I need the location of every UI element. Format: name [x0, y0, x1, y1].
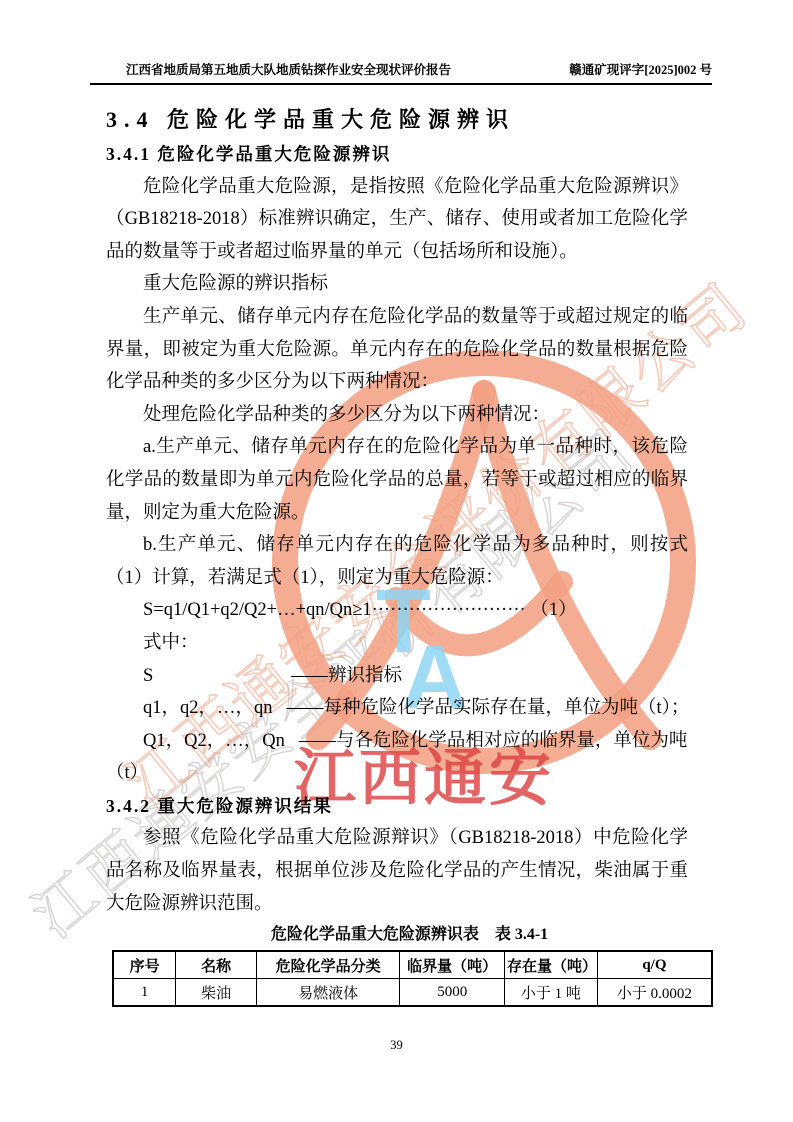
document-body: 3.4 危险化学品重大危险源辨识 3.4.1 危险化学品重大危险源辨识 危险化学…	[106, 104, 688, 1007]
page-header: 江西省地质局第五地质大队地质钻探作业安全现状评价报告 赣通矿现评字[2025]0…	[90, 60, 712, 85]
cell-qq: 小于 0.0002	[597, 979, 712, 1007]
section-3-4-2-title: 3.4.2 重大危险源辨识结果	[106, 790, 688, 823]
paragraph: 危险化学品重大危险源，是指按照《危险化学品重大危险源辨识》（GB18218-20…	[106, 171, 688, 269]
cell-amount: 小于 1 吨	[505, 979, 598, 1007]
cell-seq: 1	[113, 979, 176, 1007]
cell-name: 柴油	[176, 979, 257, 1007]
definition-desc: ——每种危险化学品实际存在量，单位为吨（t）；	[287, 692, 690, 725]
section-3-4-1-title: 3.4.1 危险化学品重大危险源辨识	[106, 138, 688, 171]
col-header-name: 名称	[176, 951, 257, 979]
cell-class: 易燃液体	[256, 979, 399, 1007]
hazard-identification-table: 序号 名称 危险化学品分类 临界量（吨） 存在量（吨） q/Q 1 柴油 易燃液…	[112, 950, 713, 1007]
col-header-amount: 存在量（吨）	[505, 951, 598, 979]
definition-term: q1，q2，…，qn	[143, 692, 273, 725]
definition-row-bigq: Q1，Q2，…，Qn ——与各危险化学品相对应的临界量，单位为吨	[106, 725, 688, 758]
definition-desc: ——与各危险化学品相对应的临界量，单位为吨	[299, 725, 688, 758]
cell-threshold: 5000	[400, 979, 505, 1007]
paragraph: 生产单元、储存单元内存在危险化学品的数量等于或超过规定的临界量，即被定为重大危险…	[106, 301, 688, 399]
definition-term: S	[143, 660, 291, 693]
paragraph: 参照《危险化学品重大危险源辩识》（GB18218-2018）中危险化学品名称及临…	[106, 822, 688, 920]
definition-term: Q1，Q2，…，Qn	[143, 725, 285, 758]
definition-row-q: q1，q2，…，qn ——每种危险化学品实际存在量，单位为吨（t）；	[106, 692, 688, 725]
document-page: 江西通安安全评价有限公司 江西通安安全评价有限公司 T A 江西通安 江西省地质…	[0, 0, 793, 1122]
section-3-4-title: 3.4 危险化学品重大危险源辨识	[106, 104, 688, 136]
page-number: 39	[0, 1038, 793, 1053]
paragraph: a.生产单元、储存单元内存在的危险化学品为单一品种时，该危险化学品的数量即为单元…	[106, 431, 688, 529]
table-title: 危险化学品重大危险源辨识表 表 3.4-1	[106, 920, 713, 950]
col-header-class: 危险化学品分类	[256, 951, 399, 979]
col-header-seq: 序号	[113, 951, 176, 979]
paragraph: b.生产单元、储存单元内存在的危险化学品为多品种时，则按式（1）计算，若满足式（…	[106, 529, 688, 594]
table-row: 1 柴油 易燃液体 5000 小于 1 吨 小于 0.0002	[113, 979, 712, 1007]
col-header-threshold: 临界量（吨）	[400, 951, 505, 979]
table-header-row: 序号 名称 危险化学品分类 临界量（吨） 存在量（吨） q/Q	[113, 951, 712, 979]
header-report-title: 江西省地质局第五地质大队地质钻探作业安全现状评价报告	[90, 60, 451, 78]
col-header-qq: q/Q	[597, 951, 712, 979]
formula-intro: 式中：	[106, 627, 688, 660]
formula-line: S=q1/Q1+q2/Q2+…+qn/Qn≥1·················…	[106, 594, 688, 627]
paragraph: 处理危险化学品种类的多少区分为以下两种情况：	[106, 399, 688, 432]
definition-continuation: （t）	[106, 757, 688, 790]
definition-desc: ——辨识指标	[291, 660, 402, 693]
header-doc-number: 赣通矿现评字[2025]002 号	[569, 60, 712, 78]
definition-row-s: S ——辨识指标	[106, 660, 688, 693]
paragraph: 重大危险源的辨识指标	[106, 268, 688, 301]
